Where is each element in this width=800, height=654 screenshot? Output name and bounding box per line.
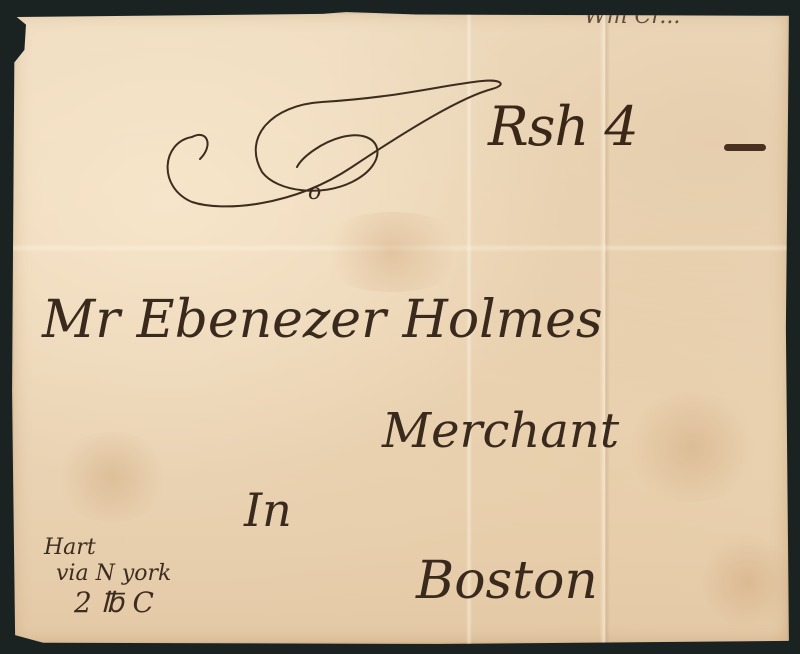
rate-marking: Rsh 4 [488, 100, 638, 154]
flourish-letter: o [308, 182, 321, 204]
routing-rate: 2 ℔ C [44, 589, 171, 617]
routing-via: via N york [44, 563, 171, 585]
routing-origin: Hart [44, 537, 171, 559]
rate-dash [724, 144, 766, 151]
routing-note: Hart via N york 2 ℔ C [44, 537, 171, 621]
destination-city: Boston [416, 555, 598, 607]
address-preposition: In [244, 487, 292, 533]
age-stain [622, 392, 762, 502]
age-stain [702, 532, 792, 632]
flourish-mark [152, 67, 512, 227]
addressee-occupation: Merchant [382, 407, 619, 455]
addressee-name: Mr Ebenezer Holmes [42, 294, 603, 346]
folded-letter: Wm Cr... o Rsh 4 Mr Ebenezer Holmes Merc… [12, 12, 789, 644]
age-stain [52, 432, 172, 522]
scan-background: Wm Cr... o Rsh 4 Mr Ebenezer Holmes Merc… [0, 0, 800, 654]
top-edge-note: Wm Cr... [584, 6, 680, 28]
